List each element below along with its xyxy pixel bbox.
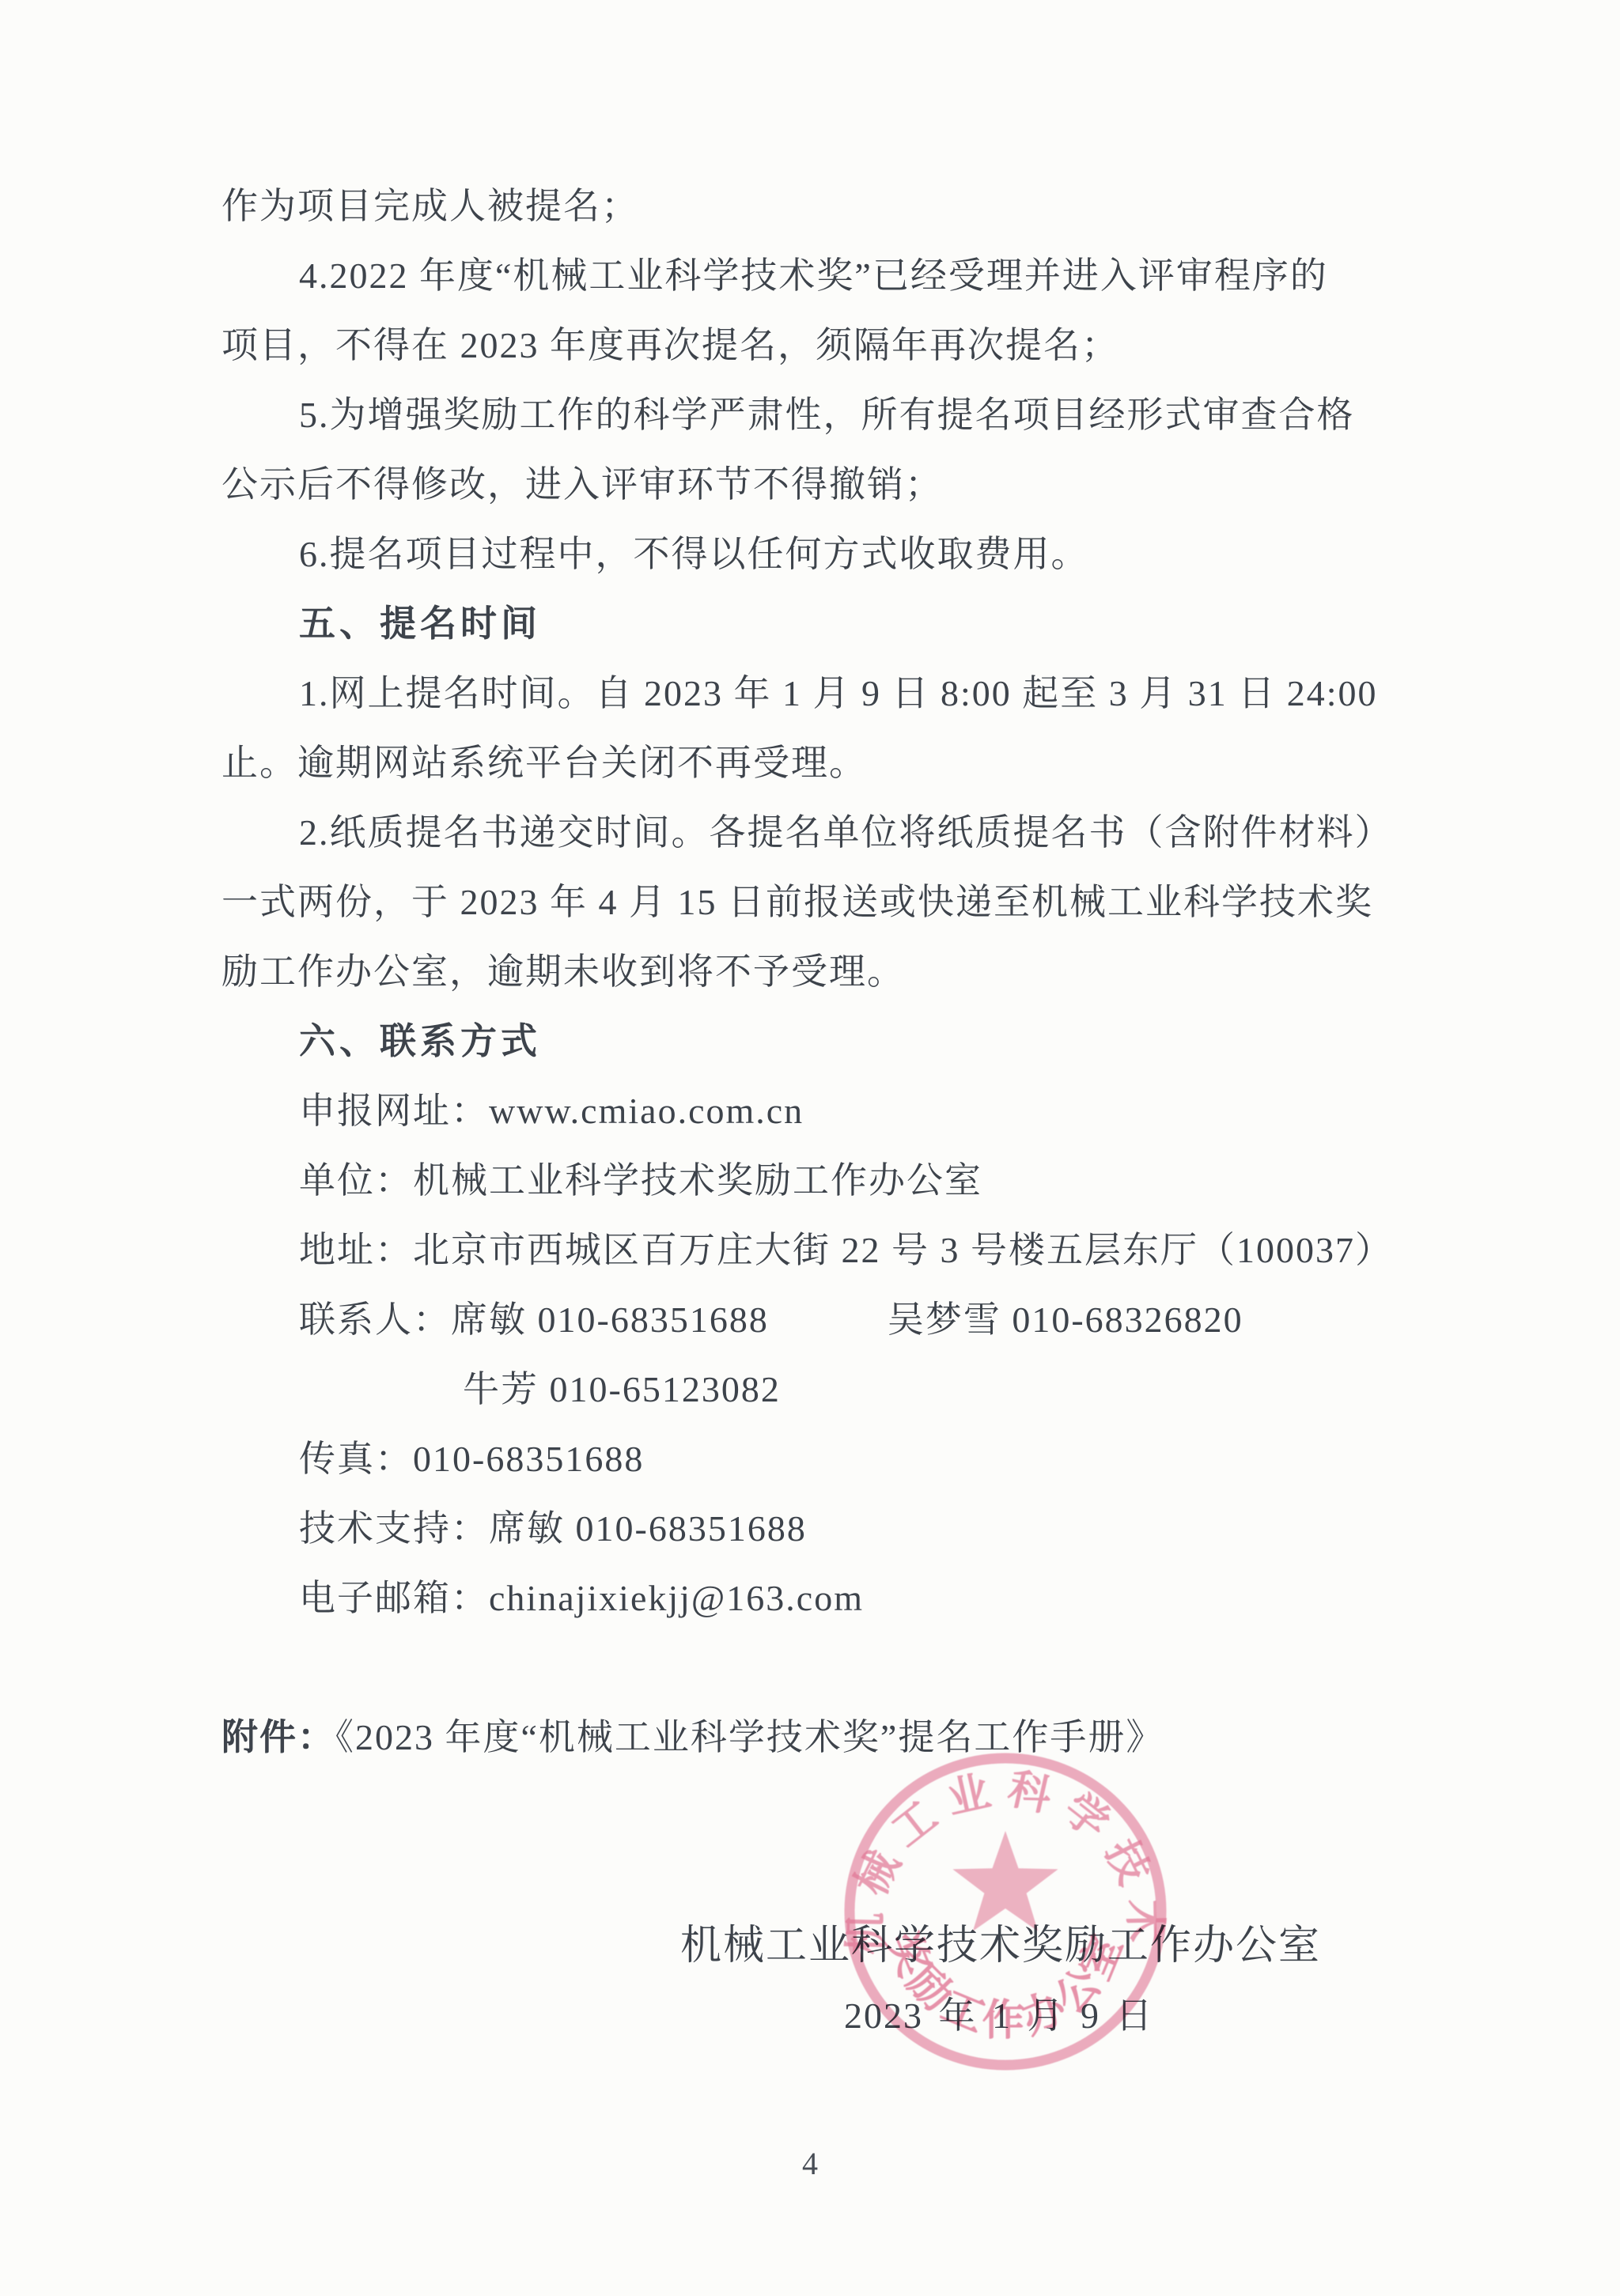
text-line-indent: 传真：010-68351688	[221, 1424, 1424, 1494]
text-line-indent: 单位：机械工业科学技术奖励工作办公室	[221, 1146, 1424, 1216]
text-line-flush: 项目，不得在 2023 年度再次提名，须隔年再次提名；	[221, 311, 1424, 380]
text-run: 附件：	[221, 1717, 335, 1757]
text-line-date: 2023 年 1 月 9 日	[221, 1981, 1424, 2051]
text-line-indent: 申报网址：www.cmiao.com.cn	[221, 1076, 1424, 1146]
page-number: 4	[0, 2145, 1620, 2182]
text-line-heading: 六、联系方式	[221, 1007, 1424, 1076]
text-line-flush: 附件：《2023 年度“机械工业科学技术奖”提名工作手册》	[221, 1703, 1424, 1772]
text-run: 联系人：席敏 010-68351688	[299, 1299, 769, 1340]
text-line-flush: 公示后不得修改，进入评审环节不得撤销；	[221, 450, 1424, 520]
text-line-flush: 励工作办公室，逾期未收到将不予受理。	[221, 937, 1424, 1007]
text-line-flush: 一式两份，于 2023 年 4 月 15 日前报送或快递至机械工业科学技术奖	[221, 868, 1424, 937]
text-run: 《2023 年度“机械工业科学技术奖”提名工作手册》	[335, 1717, 1164, 1757]
text-line-indent: 6.提名项目过程中，不得以任何方式收取费用。	[221, 520, 1424, 589]
text-line-blank	[221, 1842, 1424, 1912]
text-line-flush: 止。逾期网站系统平台关闭不再受理。	[221, 728, 1424, 798]
text-line-indent: 地址：北京市西城区百万庄大街 22 号 3 号楼五层东厅（100037）	[221, 1216, 1424, 1285]
text-line-signature: 机械工业科学技术奖励工作办公室	[221, 1912, 1424, 1981]
text-line-flush: 作为项目完成人被提名；	[221, 172, 1424, 241]
document-body: 作为项目完成人被提名；4.2022 年度“机械工业科学技术奖”已经受理并进入评审…	[221, 172, 1424, 2051]
text-line-contact2: 牛芳 010-65123082	[221, 1355, 1424, 1424]
text-line-indent: 2.纸质提名书递交时间。各提名单位将纸质提名书（含附件材料）	[221, 798, 1424, 868]
text-line-indent: 技术支持：席敏 010-68351688	[221, 1494, 1424, 1564]
text-line-indent: 电子邮箱：chinajixiekjj@163.com	[221, 1564, 1424, 1633]
text-line-indent: 1.网上提名时间。自 2023 年 1 月 9 日 8:00 起至 3 月 31…	[221, 659, 1424, 728]
text-line-blank	[221, 1633, 1424, 1703]
text-line-indent: 联系人：席敏 010-68351688吴梦雪 010-68326820	[221, 1285, 1424, 1355]
document-page: 作为项目完成人被提名；4.2022 年度“机械工业科学技术奖”已经受理并进入评审…	[0, 0, 1620, 2296]
text-line-heading: 五、提名时间	[221, 589, 1424, 659]
text-line-indent: 5.为增强奖励工作的科学严肃性，所有提名项目经形式审查合格	[221, 380, 1424, 450]
text-line-indent: 4.2022 年度“机械工业科学技术奖”已经受理并进入评审程序的	[221, 241, 1424, 311]
text-line-blank	[221, 1772, 1424, 1842]
text-run: 吴梦雪 010-68326820	[888, 1299, 1243, 1340]
